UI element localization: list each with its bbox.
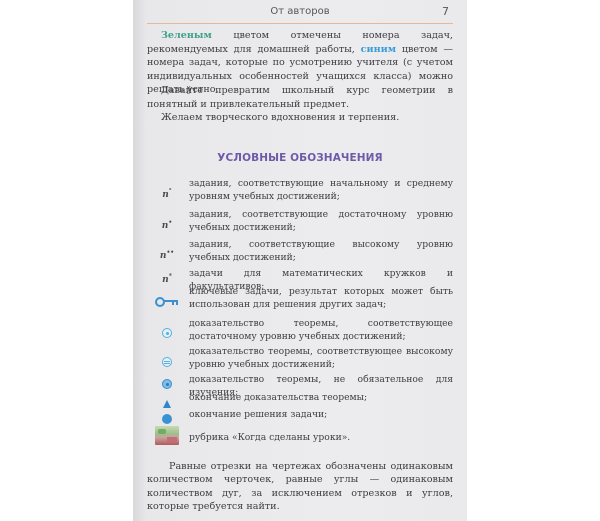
intro-paragraph-invite: Давайте превратим школьный курс геометри… <box>147 84 453 111</box>
legend-item-text: окончание решения задачи; <box>189 409 453 422</box>
legend-title: УСЛОВНЫЕ ОБОЗНАЧЕНИЯ <box>133 152 467 164</box>
blue-highlight-word: синим <box>361 44 396 55</box>
page-number: 7 <box>442 5 449 18</box>
intro-paragraph-wish: Желаем творческого вдохновения и терпени… <box>147 111 453 125</box>
section-title: От авторов <box>147 6 453 17</box>
green-highlight-word: Зеленым <box>161 30 212 41</box>
circle-lines-icon <box>162 357 172 367</box>
filled-circle-dot-icon <box>162 379 172 389</box>
legend-item-text: задания, соответствующие начальному и ср… <box>189 178 453 203</box>
n-star-marker-icon: n* <box>145 267 189 286</box>
intro-p2-text: Давайте превратим школьный курс геометри… <box>147 85 453 110</box>
closing-text: Равные отрезки на чертежах обозначены од… <box>147 461 453 512</box>
header-rule <box>147 23 453 24</box>
legend-item-text: ключевые задачи, результат которых может… <box>189 286 453 311</box>
intro-p3-text: Желаем творческого вдохновения и терпени… <box>161 112 399 123</box>
key-icon <box>155 296 179 306</box>
triangle-icon <box>163 400 171 408</box>
circle-dot-icon <box>162 328 172 338</box>
legend-item-text: доказательство теоремы, соответствующее … <box>189 318 453 343</box>
legend-item-text: окончание доказательства теоремы; <box>189 392 453 405</box>
legend-item-text: рубрика «Когда сделаны уроки». <box>189 432 453 445</box>
running-header: От авторов 7 <box>147 5 453 21</box>
legend-item-text: задания, соответствующие высокому уровню… <box>189 239 453 264</box>
closing-paragraph: Равные отрезки на чертежах обозначены од… <box>147 460 453 514</box>
n-degree-marker-icon: n° <box>145 182 189 201</box>
solid-circle-icon <box>162 414 172 424</box>
books-image-icon <box>155 426 179 445</box>
n-single-prime-marker-icon: n• <box>145 213 189 232</box>
book-page: От авторов 7 Зеленым цветом отмечены ном… <box>133 0 467 521</box>
legend-item-text: доказательство теоремы, соответствующее … <box>189 346 453 371</box>
legend-item-text: задания, соответствующие достаточному ур… <box>189 209 453 234</box>
n-double-prime-marker-icon: n•• <box>145 243 189 262</box>
